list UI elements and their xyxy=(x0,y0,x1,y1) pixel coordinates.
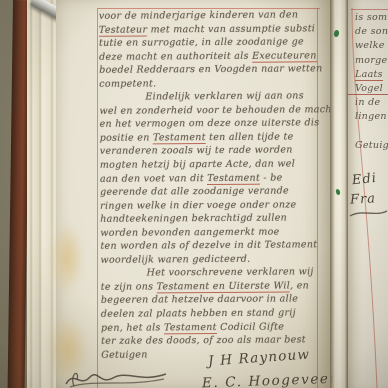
manuscript-line: ter zake des doods, of zoo als maar best xyxy=(101,333,327,348)
manuscript-line: ten worden als of dezelve in dit Testame… xyxy=(100,239,326,254)
underlined-word: Testateur xyxy=(99,24,147,37)
text-segment: morge xyxy=(355,55,387,66)
manuscript-line: boedel Redderaars en Voogden naar wetten xyxy=(99,62,325,77)
text-segment: tutie en surrogatie, in alle zoodanige g… xyxy=(99,36,304,48)
right-signature-flourish xyxy=(348,206,388,220)
text-segment: ter zake des doods, of zoo als maar best xyxy=(101,334,306,346)
text-segment: in de xyxy=(355,97,380,108)
right-page-line: Vogel xyxy=(355,82,388,96)
right-page-line: lingen xyxy=(355,110,388,124)
text-segment: Getuige xyxy=(355,140,388,151)
text-segment: wel en zonderheid voor te behouden de ma… xyxy=(99,104,335,117)
text-segment: en het vermogen om deze onze uiterste di… xyxy=(100,118,320,131)
underlined-word: Testament xyxy=(207,172,260,185)
text-segment: ten allen tijde te xyxy=(206,131,294,143)
text-segment: pen, het als xyxy=(101,322,164,333)
text-segment: ten worden als of dezelve in dit Testame… xyxy=(100,240,317,253)
text-segment: mogten hetzij bij aparte Acte, dan wel xyxy=(100,158,295,170)
underlined-word: Laats xyxy=(355,69,383,82)
left-page: voor de minderjarige kinderen van denTes… xyxy=(56,0,330,388)
manuscript-line: Eindelijk verklaren wij aan ons xyxy=(99,89,325,104)
right-page-line: in de xyxy=(355,96,388,110)
manuscript-line: tutie en surrogatie, in alle zoodanige g… xyxy=(99,35,325,50)
text-segment: boedel Redderaars en Voogden naar wetten xyxy=(99,63,322,76)
right-page-line: de son xyxy=(355,25,388,39)
right-signature-fragment: Edi xyxy=(351,171,377,189)
text-segment: ringen welke in dier voege onder onze xyxy=(100,199,296,211)
text-segment: met macht van assumptie substi xyxy=(147,23,315,35)
text-segment: voor de minderjarige kinderen van den xyxy=(99,9,298,21)
text-segment: , en xyxy=(290,280,309,291)
manuscript-line: deelen zal plaats hebben en stand grij xyxy=(101,306,327,321)
manuscript-lines: voor de minderjarige kinderen van denTes… xyxy=(99,8,327,362)
text-segment: begeeren dat hetzelve daarvoor in alle xyxy=(101,294,298,306)
text-segment: Getuigen xyxy=(101,349,147,360)
text-segment: welke xyxy=(355,40,385,51)
text-segment: worden bevonden aangemerkt moe xyxy=(100,226,279,238)
text-segment: handteekeningen bekrachtigd zullen xyxy=(100,213,287,225)
text-segment: deelen zal plaats hebben en stand grij xyxy=(101,307,296,319)
text-segment: aan den voet van dit xyxy=(100,173,207,185)
text-segment: woordelijk waren gedicteerd. xyxy=(100,254,250,266)
text-segment: Vogel xyxy=(355,83,383,94)
right-page: is somde sonwelkemorgeLaatsVogelin delin… xyxy=(348,0,388,388)
manuscript-line: mogten hetzij bij aparte Acte, dan wel xyxy=(100,157,326,172)
text-segment: Eindelijk verklaren wij aan ons xyxy=(145,91,304,103)
text-segment: lingen xyxy=(355,111,387,122)
text-segment: is som xyxy=(355,12,387,23)
text-segment: - be xyxy=(260,172,283,183)
underlined-word: Testament en Uiterste Wil xyxy=(157,280,291,293)
signature-2: E. C. Hoogeveen xyxy=(202,371,340,388)
text-segment: te zijn ons xyxy=(101,281,157,292)
underlined-word: Testament xyxy=(153,132,206,145)
margin-rule-left xyxy=(97,8,98,388)
text-segment: geerende dat alle zoodanige verande xyxy=(100,186,289,198)
underlined-word: Testament xyxy=(164,322,217,335)
right-page-line: is som xyxy=(355,11,388,25)
witness-signature-flourish xyxy=(60,366,180,388)
underlined-word: Executeuren xyxy=(252,50,317,63)
manuscript-line: voor de minderjarige kinderen van den xyxy=(99,8,325,23)
right-page-line: Getuige xyxy=(355,139,388,153)
text-segment: Codicil Gifte xyxy=(217,321,284,332)
text-segment: Het voorschrevene verklaren wij xyxy=(147,267,314,279)
text-segment: deze macht en authoriteit als xyxy=(99,50,252,62)
text-segment: competent. xyxy=(99,78,156,89)
paper-stain xyxy=(50,222,84,294)
text-segment: veranderen zooals wij te rade worden xyxy=(100,145,293,157)
right-page-line: welke xyxy=(355,39,388,53)
right-page-line: morge xyxy=(355,54,388,68)
text-segment: de son xyxy=(355,26,388,37)
photo-of-register: voor de minderjarige kinderen van denTes… xyxy=(0,0,388,388)
right-page-line: Laats xyxy=(355,68,388,82)
text-segment: positie en xyxy=(100,132,153,143)
manuscript-line: ringen welke in dier voege onder onze xyxy=(100,198,326,213)
right-page-lines: is somde sonwelkemorgeLaatsVogelin delin… xyxy=(355,11,388,153)
